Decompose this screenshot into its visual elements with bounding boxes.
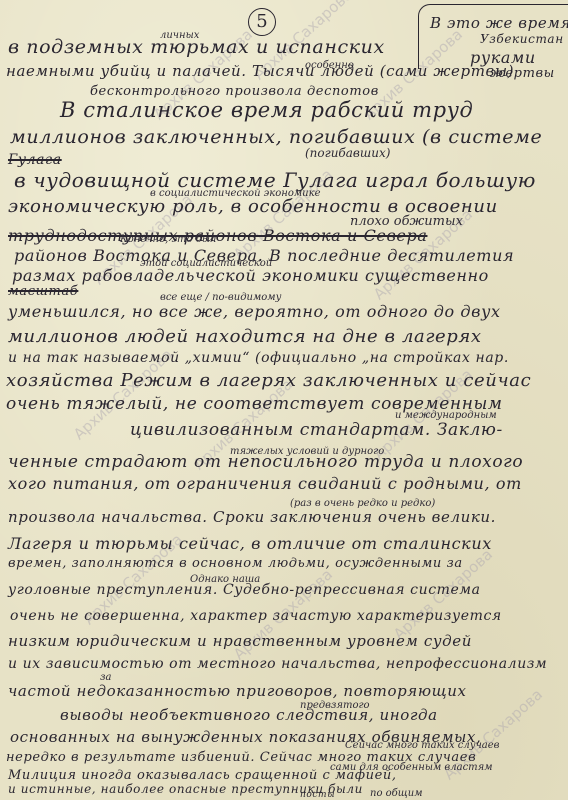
manuscript-line: миллионов людей находится на дне в лагер…	[8, 326, 482, 347]
manuscript-line: уголовные преступления. Судебно-репресси…	[8, 582, 481, 598]
manuscript-line: Милиция иногда оказывалась сращенной с м…	[8, 768, 397, 783]
manuscript-line: выводы необъективного следствия, иногда	[60, 706, 438, 724]
manuscript-line: и на так называемой „химии“ (официально …	[8, 350, 509, 366]
insertion: (погибавших)	[305, 146, 390, 160]
manuscript-line: наемными убийц и палачей. Тысячи людей (…	[6, 62, 514, 80]
manuscript-line: хозяйства Режим в лагерях заключенных и …	[6, 370, 531, 391]
manuscript-line: В сталинское время рабский труд	[60, 98, 473, 122]
manuscript-line: масштаб	[8, 284, 78, 299]
insertion: по общим	[370, 788, 423, 799]
page-number: 5	[248, 8, 276, 36]
manuscript-line: частой недоказанностью приговоров, повто…	[8, 682, 467, 700]
manuscript-line: очень не совершенна, характер зачастую х…	[10, 608, 502, 624]
manuscript-page: Архив Сахарова Архив Сахарова Архив Саха…	[0, 0, 568, 800]
manuscript-line: бесконтрольного произвола деспотов	[90, 84, 379, 99]
manuscript-line: произвола начальства. Сроки заключения о…	[8, 508, 496, 526]
margin-note-line: Узбекистан	[480, 32, 564, 46]
manuscript-line: в подземных тюрьмах и испанских	[8, 36, 385, 58]
manuscript-line: миллионов заключенных, погибавших (в сис…	[10, 126, 542, 148]
manuscript-line: цивилизованным стандартам. Заклю-	[130, 420, 503, 440]
manuscript-line: посты	[300, 790, 335, 800]
manuscript-line: ченные страдают от непосильного труда и …	[8, 452, 523, 472]
margin-note-line: В это же время	[430, 14, 568, 32]
manuscript-line: труднодоступных районов Востока и Севера	[8, 226, 427, 245]
manuscript-line: и их зависимостью от местного начальства…	[8, 656, 547, 672]
manuscript-line: уменьшился, но все же, вероятно, от одно…	[8, 302, 501, 321]
insertion: Конечно, это был	[120, 234, 216, 245]
manuscript-line: размах рабовладельческой экономики сущес…	[12, 266, 489, 285]
manuscript-line: Лагеря и тюрьмы сейчас, в отличие от ста…	[8, 534, 492, 553]
manuscript-line: Гулага	[8, 152, 62, 168]
manuscript-line: времен, заполняются в основном людьми, о…	[8, 556, 463, 571]
manuscript-line: хого питания, от ограничения свиданий с …	[8, 474, 522, 493]
manuscript-line: низким юридическим и нравственным уровне…	[8, 632, 472, 650]
